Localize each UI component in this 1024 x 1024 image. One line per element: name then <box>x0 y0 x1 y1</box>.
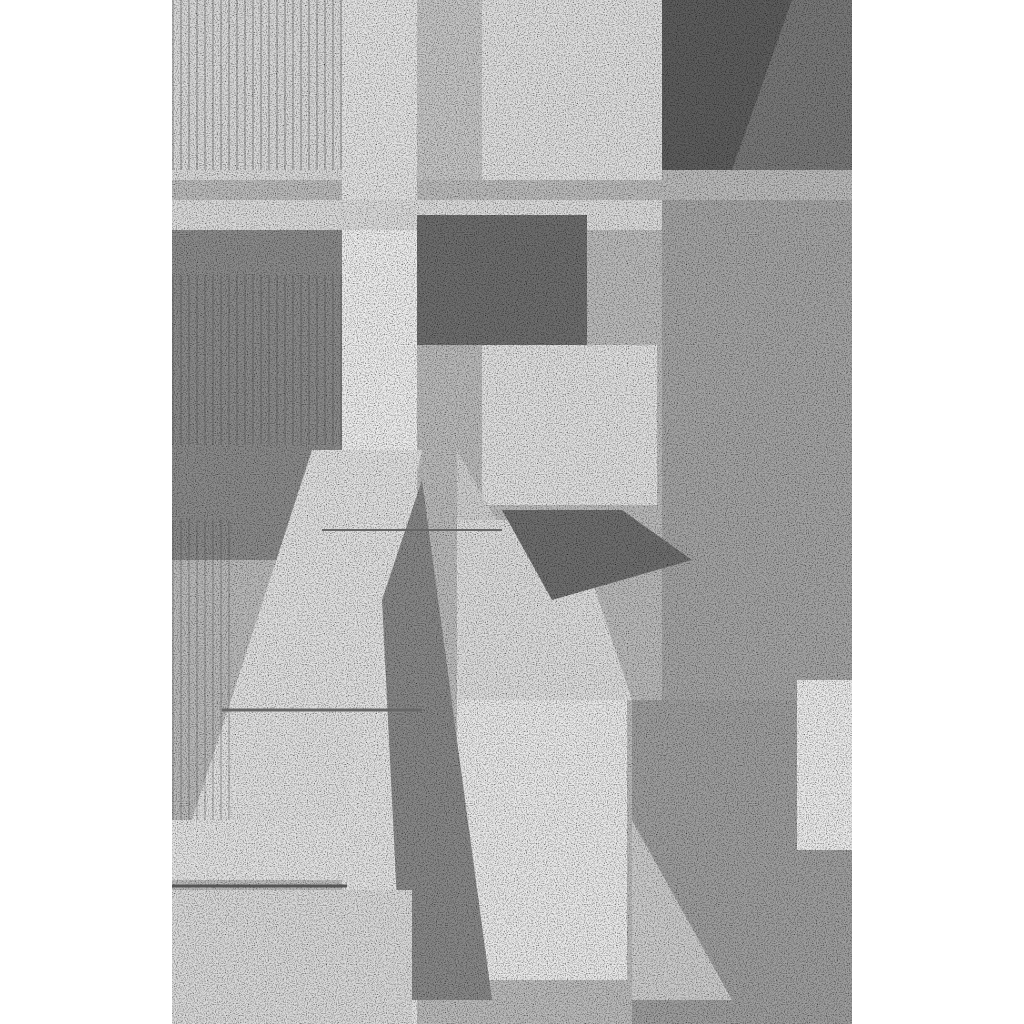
artwork-canvas <box>172 0 852 1024</box>
abstract-artwork <box>172 0 852 1024</box>
